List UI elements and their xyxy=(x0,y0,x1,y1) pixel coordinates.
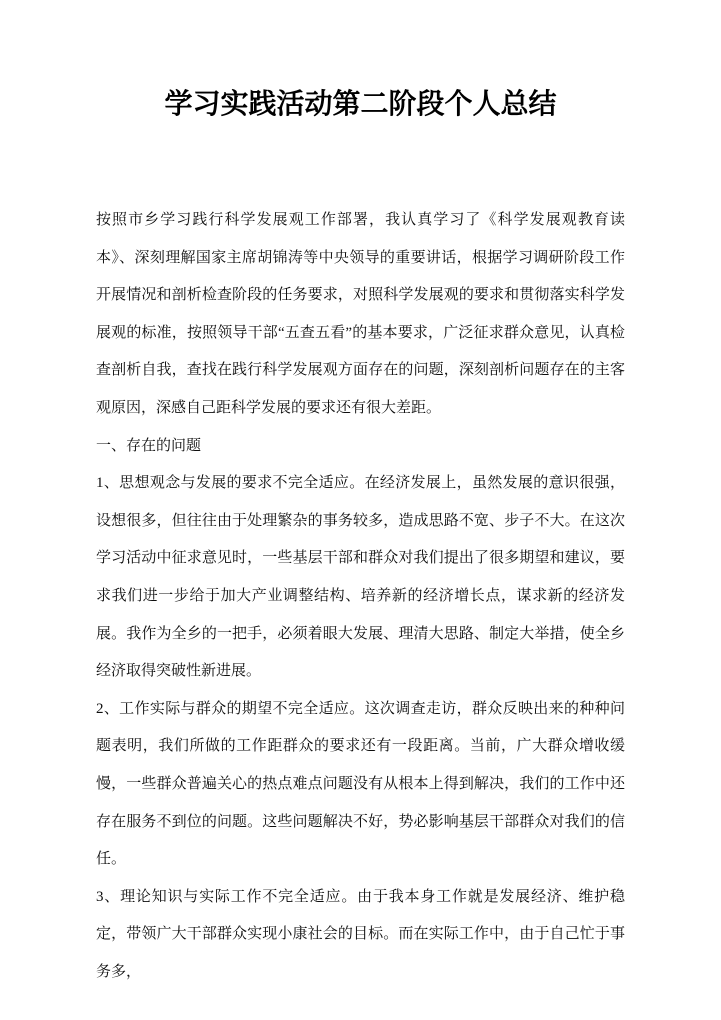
document-page: 学习实践活动第二阶段个人总结 按照市乡学习践行科学发展观工作部署，我认真学习了《… xyxy=(0,0,721,1020)
document-title: 学习实践活动第二阶段个人总结 xyxy=(0,86,721,124)
paragraph-problem-3: 3、理论知识与实际工作不完全适应。由于我本身工作就是发展经济、维护稳定，带领广大… xyxy=(96,879,625,992)
paragraph-problem-1: 1、思想观念与发展的要求不完全适应。在经济发展上，虽然发展的意识很强，设想很多，… xyxy=(96,465,625,691)
section-heading-problems: 一、存在的问题 xyxy=(96,428,625,466)
paragraph-intro: 按照市乡学习践行科学发展观工作部署，我认真学习了《科学发展观教育读本》、深刻理解… xyxy=(96,202,625,428)
document-body: 按照市乡学习践行科学发展观工作部署，我认真学习了《科学发展观教育读本》、深刻理解… xyxy=(96,202,625,991)
paragraph-problem-2: 2、工作实际与群众的期望不完全适应。这次调查走访，群众反映出来的种种问题表明，我… xyxy=(96,691,625,879)
